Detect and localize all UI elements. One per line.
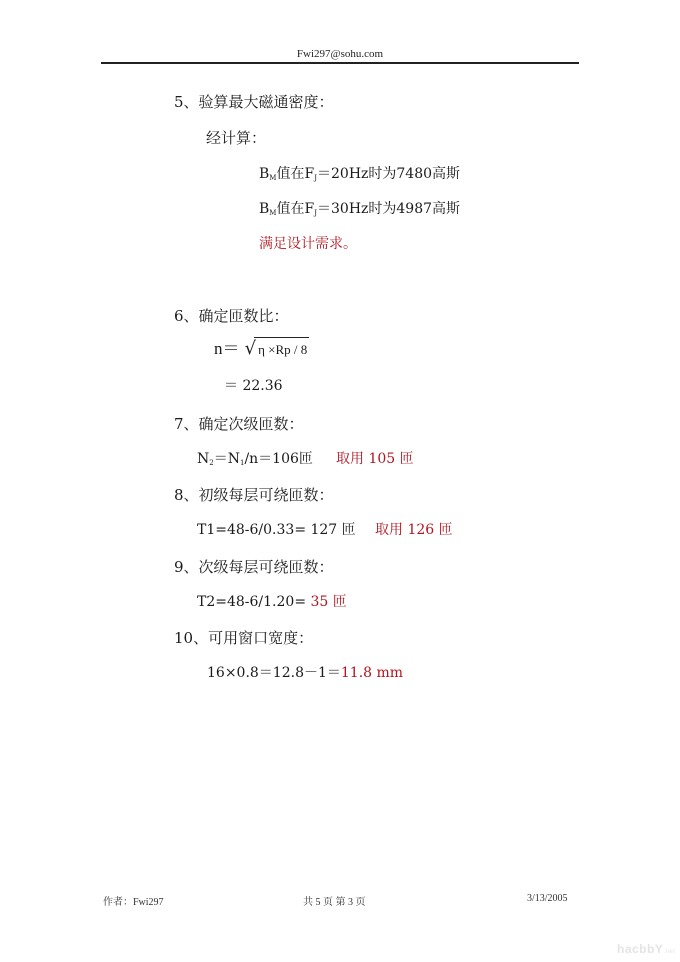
calc-text: 16×0.8＝12.8－1＝	[207, 665, 341, 681]
rest-text: ＝20Hz时为7480高斯	[317, 166, 460, 182]
section-7-adopt: 取用 105 匝	[336, 448, 414, 468]
footer-date: 3/13/2005	[527, 893, 568, 904]
section-5-conclusion: 满足设计需求。	[259, 233, 357, 253]
calc-result: 35 匝	[311, 594, 347, 610]
b-symbol: B	[259, 201, 269, 217]
section-5-intro: 经计算：	[206, 127, 266, 148]
formula-lhs: n＝	[214, 339, 240, 358]
section-6-result: ＝ 22.36	[224, 375, 283, 395]
footer-author: 作者：Fwi297	[103, 893, 164, 908]
section-6-title: 6、确定匝数比：	[174, 305, 289, 326]
section-10-calc: 16×0.8＝12.8－1＝11.8 mm	[207, 662, 403, 682]
footer-page-count: 共 5 页 第 3 页	[303, 893, 366, 908]
rest-text: /n＝106匝	[244, 451, 312, 467]
calc-result: 11.8 mm	[341, 665, 403, 681]
watermark-logo: hacbbY.net	[617, 942, 675, 956]
section-9-title: 9、次级每层可绕匝数：	[174, 556, 334, 577]
b-symbol: B	[259, 166, 269, 182]
section-5-title: 5、验算最大磁通密度：	[174, 91, 334, 112]
mid-text: 值在F	[276, 166, 314, 182]
radicand: η ×Rp / 8	[254, 337, 309, 358]
watermark-text: hacbbY	[617, 942, 663, 956]
eq-text: ＝N	[214, 451, 240, 467]
calc-text: T2=48-6/1.20=	[197, 594, 311, 610]
header-email: Fwi297@sohu.com	[0, 48, 680, 60]
mid-text: 值在F	[276, 201, 314, 217]
section-7-title: 7、确定次级匝数：	[174, 413, 304, 434]
section-5-line-2: BM值在FJ＝30Hz时为4987高斯	[259, 198, 460, 218]
section-5-line-1: BM值在FJ＝20Hz时为7480高斯	[259, 163, 460, 183]
section-8-calc: T1=48-6/0.33= 127 匝	[197, 519, 356, 539]
section-10-title: 10、可用窗口宽度：	[174, 627, 313, 648]
n2-symbol: N	[197, 451, 209, 467]
watermark-suffix: .net	[663, 949, 675, 955]
section-9-calc: T2=48-6/1.20= 35 匝	[197, 591, 347, 611]
section-7-calc: N2＝N1/n＝106匝	[197, 448, 313, 468]
section-8-title: 8、初级每层可绕匝数：	[174, 484, 334, 505]
rest-text: ＝30Hz时为4987高斯	[317, 201, 460, 217]
square-root: √η ×Rp / 8	[245, 337, 310, 359]
header-divider	[101, 62, 579, 64]
section-8-adopt: 取用 126 匝	[375, 519, 453, 539]
section-6-formula: n＝ √η ×Rp / 8	[214, 334, 309, 359]
